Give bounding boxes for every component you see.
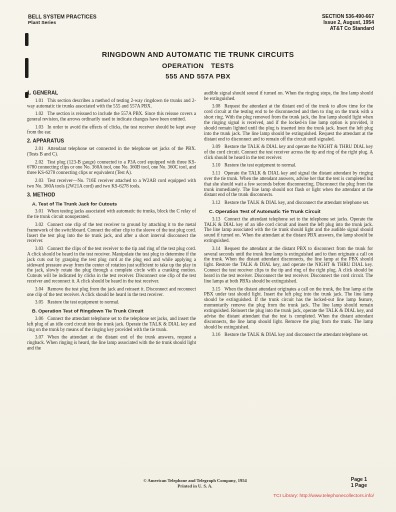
paragraph-text: Connect the attendant telephone set to t… bbox=[27, 316, 196, 332]
header-plant-series: Plant Series bbox=[28, 20, 96, 26]
paragraph-text: Remove the test plug from the jack and r… bbox=[27, 286, 196, 297]
paragraph-text: In order to avoid the effects of clicks,… bbox=[27, 124, 196, 135]
page-count: 1 Page bbox=[351, 483, 367, 489]
paragraph-text: Restore the TALK & DIAL key and operate … bbox=[204, 144, 373, 160]
paragraph-3-11: 3.11Operate the TALK & DIAL key and sign… bbox=[204, 171, 373, 198]
copyright-line-2: Printed in U. S. A. bbox=[0, 484, 390, 490]
paragraph-2-02: 2.02Test plug (123-B gauge) connected to… bbox=[27, 160, 196, 176]
subsection-heading-a: A. Test of Tie Trunk Jack for Cutouts bbox=[32, 202, 196, 207]
paragraph-text: Test receiver—No. 716E receiver attached… bbox=[27, 178, 196, 189]
paragraph-2-03: 2.03Test receiver—No. 716E receiver atta… bbox=[27, 178, 196, 189]
paragraph-3-04: 3.04Remove the test plug from the jack a… bbox=[27, 287, 196, 298]
subsection-heading-b: B. Operation Test of Ringdown Tie Trunk … bbox=[32, 309, 196, 314]
paragraph-1-03: 1.03In order to avoid the effects of cli… bbox=[27, 125, 196, 136]
paragraph-3-03: 3.03Connect the clips of the test receiv… bbox=[27, 246, 196, 284]
paragraph-text: Connect one clip of the test receiver to… bbox=[27, 222, 196, 244]
paragraph-text: Test plug (123-B gauge) connected to a P… bbox=[27, 159, 196, 175]
paragraph-3-13: 3.13Connect the attendant telephone set … bbox=[204, 217, 373, 244]
section-heading-general: 1. GENERAL bbox=[27, 91, 196, 96]
left-column: 1. GENERAL 1.01This section describes a … bbox=[27, 91, 196, 354]
paragraph-text: When the distant attendant originates a … bbox=[204, 286, 373, 330]
paragraph-text: Connect the attendant telephone set to t… bbox=[204, 216, 373, 243]
paragraph-text: Connect the clips of the test receiver t… bbox=[27, 246, 196, 284]
paragraph-3-15: 3.15When the distant attendant originate… bbox=[204, 287, 373, 331]
right-column: audible signal should sound if turned on… bbox=[204, 91, 373, 354]
paragraph-3-12: 3.12Restore the TALK & DIAL key, and dis… bbox=[204, 200, 373, 205]
paragraph-1-01: 1.01This section describes a method of t… bbox=[27, 98, 196, 109]
title-line-3: 555 AND 557A PBX bbox=[0, 73, 396, 81]
paragraph-3-07-continued: audible signal should sound if turned on… bbox=[204, 91, 373, 102]
section-heading-method: 3. METHOD bbox=[27, 193, 196, 198]
title-line-2: OPERATION TESTS bbox=[0, 62, 396, 70]
paragraph-text: When the attendant at the distant end of… bbox=[27, 335, 196, 351]
paragraph-2-01: 2.01Attendant telephone set connected in… bbox=[27, 147, 196, 158]
paragraph-text: Restore the TALK & DIAL key and disconne… bbox=[224, 332, 368, 338]
title-line-1: RINGDOWN AND AUTOMATIC TIE TRUNK CIRCUIT… bbox=[0, 51, 396, 59]
subsection-heading-c: C. Operation Test of Automatic Tie Trunk… bbox=[209, 209, 373, 214]
paragraph-1-02: 1.02The section is reissued to include t… bbox=[27, 112, 196, 123]
paragraph-text: Restore the test equipment to normal. bbox=[47, 300, 119, 306]
paragraph-3-06: 3.06Connect the attendant telephone set … bbox=[27, 316, 196, 332]
body-columns: 1. GENERAL 1.01This section describes a … bbox=[27, 91, 373, 354]
header-right: SECTION 536-490-667 Issue 2, August, 195… bbox=[322, 14, 374, 32]
header-left: BELL SYSTEM PRACTICES Plant Series bbox=[28, 14, 96, 32]
paragraph-text: Request the attendant at the distant end… bbox=[204, 104, 373, 142]
section-heading-apparatus: 2. APPARATUS bbox=[27, 139, 196, 144]
page-header: BELL SYSTEM PRACTICES Plant Series SECTI… bbox=[28, 14, 374, 32]
paragraph-text: audible signal should sound if turned on… bbox=[204, 91, 373, 102]
paragraph-number: 3.16 bbox=[212, 332, 220, 338]
document-title: RINGDOWN AND AUTOMATIC TIE TRUNK CIRCUIT… bbox=[0, 51, 396, 80]
paragraph-number: 3.10 bbox=[212, 163, 220, 169]
paragraph-number: 3.12 bbox=[212, 200, 220, 206]
paragraph-3-09: 3.09Restore the TALK & DIAL key and oper… bbox=[204, 145, 373, 161]
tci-library-watermark: TCI Library: http://www.telephonecollect… bbox=[273, 493, 374, 499]
paragraph-text: The section is reissued to include the 5… bbox=[27, 111, 196, 122]
paragraph-text: When testing jacks associated with autom… bbox=[27, 209, 196, 220]
paragraph-text: Restore the test equipment to normal. bbox=[224, 163, 296, 169]
scan-artifact bbox=[25, 33, 29, 46]
paragraph-text: Attendant telephone set connected in the… bbox=[27, 146, 196, 157]
copyright-notice: © American Telephone and Telegraph Compa… bbox=[0, 478, 390, 489]
document-page: BELL SYSTEM PRACTICES Plant Series SECTI… bbox=[0, 0, 396, 512]
header-standard: AT&T Co Standard bbox=[322, 26, 374, 32]
paragraph-number: 3.05 bbox=[35, 300, 43, 306]
paragraph-text: Operate the TALK & DIAL key and signal t… bbox=[204, 170, 373, 197]
paragraph-3-05: 3.05Restore the test equipment to normal… bbox=[27, 300, 196, 305]
paragraph-text: Request the attendant at the distant PBX… bbox=[204, 246, 373, 284]
paragraph-3-02: 3.02Connect one clip of the test receive… bbox=[27, 222, 196, 244]
paragraph-3-14: 3.14Request the attendant at the distant… bbox=[204, 246, 373, 284]
paragraph-text: Restore the TALK & DIAL key, and disconn… bbox=[224, 200, 369, 206]
paragraph-text: This section describes a method of testi… bbox=[27, 98, 196, 109]
paragraph-3-10: 3.10Restore the test equipment to normal… bbox=[204, 163, 373, 168]
paragraph-3-16: 3.16Restore the TALK & DIAL key and disc… bbox=[204, 333, 373, 338]
paragraph-3-08: 3.08Request the attendant at the distant… bbox=[204, 104, 373, 142]
page-number-block: Page 1 1 Page bbox=[351, 477, 367, 489]
paragraph-3-07: 3.07When the attendant at the distant en… bbox=[27, 335, 196, 351]
paragraph-3-01: 3.01When testing jacks associated with a… bbox=[27, 209, 196, 220]
